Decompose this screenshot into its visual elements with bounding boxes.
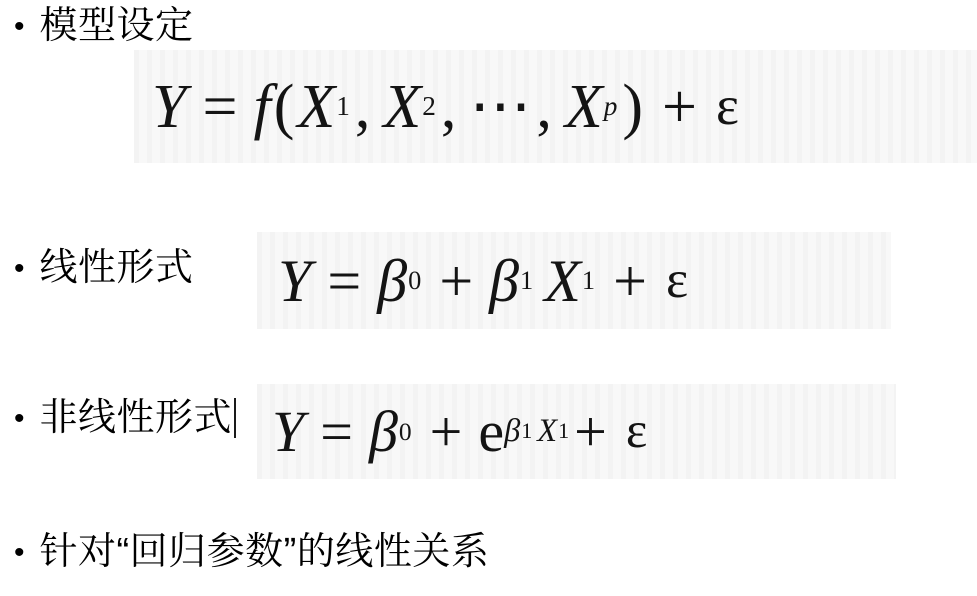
- formula-token: 2: [422, 93, 436, 120]
- formula-token: 1: [521, 420, 532, 442]
- formula-token: X: [383, 76, 421, 138]
- bullet-dot-icon: •: [14, 404, 25, 434]
- formula-token: ε: [716, 79, 739, 134]
- bullet-dot-icon: •: [14, 254, 25, 284]
- formula-token: ε: [666, 254, 688, 307]
- formula-token: =: [327, 251, 361, 311]
- formula-image-nonlinear-form: Y=β0+eβ1X1+ε: [257, 384, 896, 479]
- formula-image-model-specification: Y=f(X1,X2,⋯,Xp)+ε: [134, 50, 977, 163]
- formula-token: p: [604, 93, 618, 120]
- text-cursor: [234, 398, 236, 438]
- formula-token: ,: [355, 76, 371, 138]
- formula-token: ε: [626, 406, 647, 457]
- formula-token: X: [537, 415, 557, 447]
- bullet-label-nonlinear-form: 非线性形式: [40, 396, 233, 441]
- bullet-label-parameter-linearity: 针对“回归参数”的线性关系: [40, 530, 490, 575]
- formula-token: ): [622, 76, 643, 138]
- formula-token: 0: [399, 419, 412, 445]
- bullet-item-linear-form: • 线性形式: [14, 246, 194, 291]
- bullet-label-model-setting: 模型设定: [40, 4, 194, 49]
- bullet-label-linear-form: 线性形式: [40, 246, 194, 291]
- slide: • 模型设定 Y=f(X1,X2,⋯,Xp)+ε • 线性形式 Y=β0+β1X…: [0, 0, 977, 596]
- formula-token: β: [504, 415, 520, 447]
- bullet-item-nonlinear-form: • 非线性形式: [14, 396, 236, 441]
- formula-token: +: [613, 251, 647, 311]
- formula-token: (: [274, 76, 295, 138]
- formula-token: X: [544, 251, 581, 311]
- formula-token: +: [574, 403, 607, 461]
- formula-token: +: [439, 251, 473, 311]
- formula-token: +: [662, 76, 697, 138]
- formula-token: 1: [558, 420, 569, 442]
- formula-token: +: [430, 403, 463, 461]
- formula-token: ,: [441, 76, 457, 138]
- formula-token: β: [369, 403, 398, 461]
- formula-token: β: [489, 251, 519, 311]
- formula-token: Y: [278, 251, 311, 311]
- formula-token: 1: [520, 267, 533, 293]
- formula-token: =: [202, 76, 237, 138]
- formula-token: f: [253, 76, 270, 138]
- formula-image-linear-form: Y=β0+β1X1+ε: [257, 232, 891, 329]
- formula-token: =: [320, 403, 353, 461]
- formula-token: X: [297, 76, 335, 138]
- formula-token: Y: [272, 403, 304, 461]
- bullet-item-parameter-linearity: • 针对“回归参数”的线性关系: [14, 530, 489, 575]
- formula-token: Y: [152, 76, 186, 138]
- formula-token: e: [478, 403, 504, 461]
- formula-token: 1: [582, 267, 595, 293]
- bullet-item-model-setting: • 模型设定: [14, 4, 194, 49]
- formula-token: ⋯: [469, 76, 533, 138]
- formula-token: 1: [336, 93, 350, 120]
- formula-token: 0: [408, 267, 421, 293]
- bullet-dot-icon: •: [14, 12, 25, 42]
- formula-token: ,: [536, 76, 552, 138]
- formula-token: β: [377, 251, 407, 311]
- bullet-dot-icon: •: [14, 538, 25, 568]
- formula-token: X: [565, 76, 603, 138]
